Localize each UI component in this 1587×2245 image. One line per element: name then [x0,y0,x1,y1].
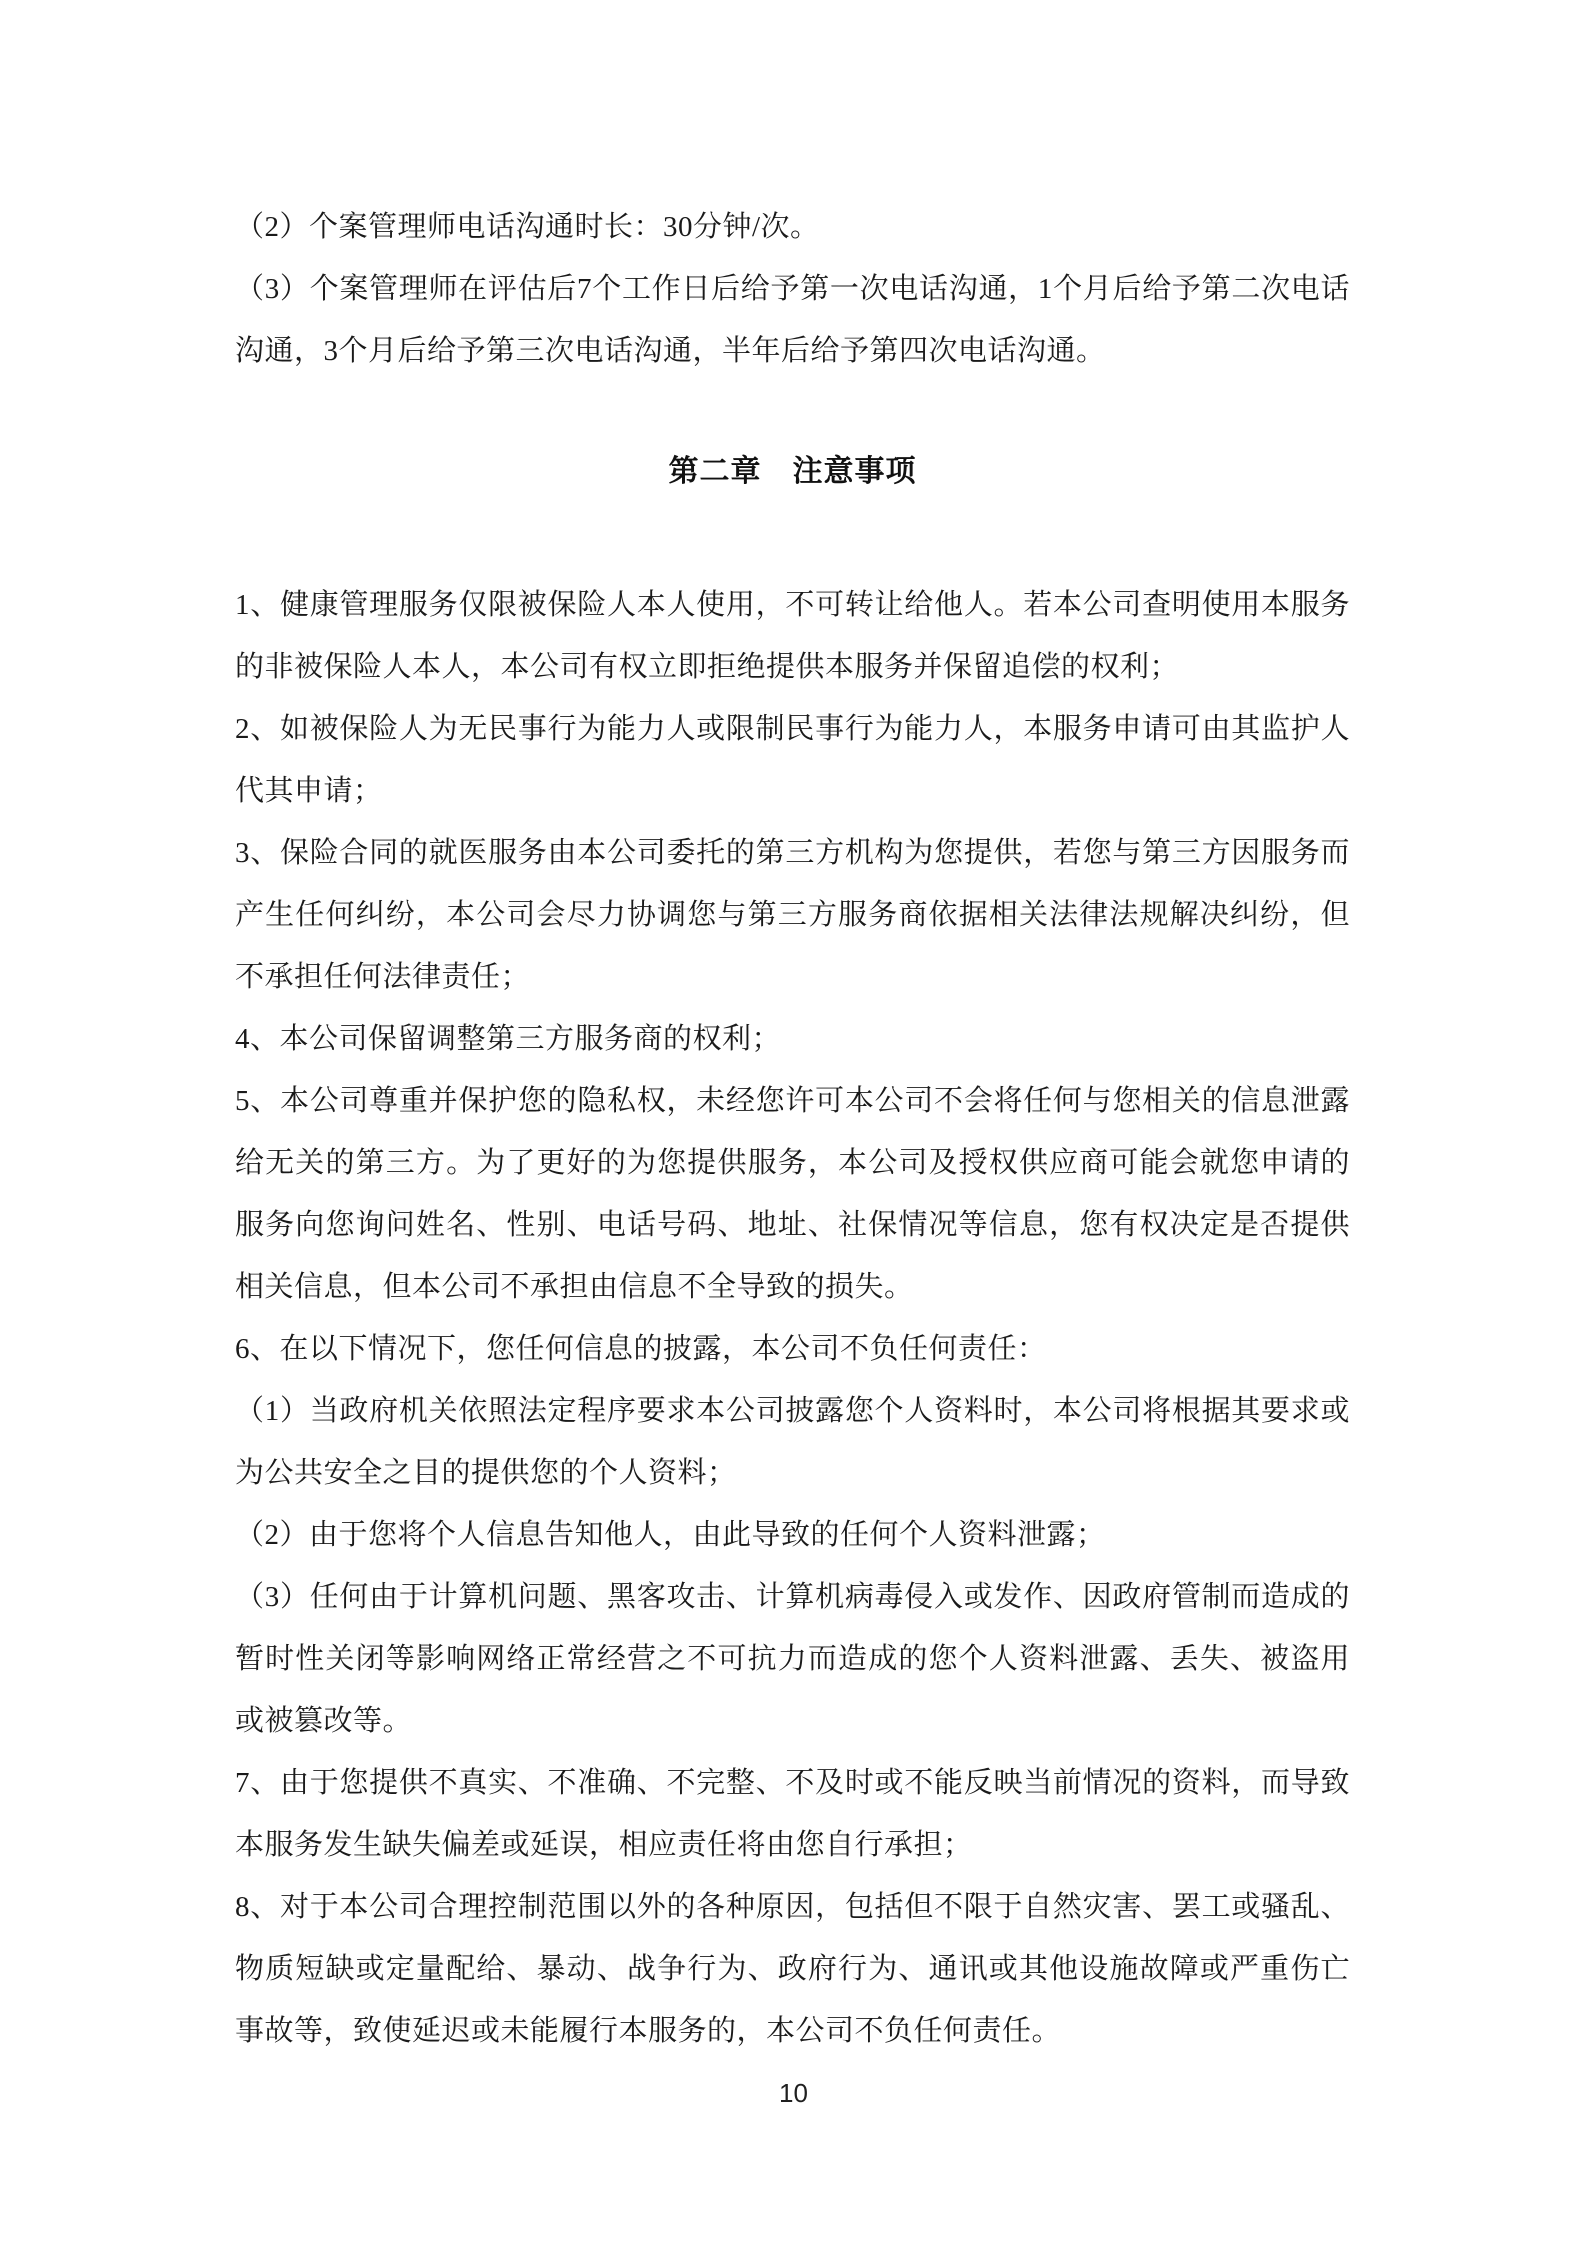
note-paragraph-8: 8、对于本公司合理控制范围以外的各种原因，包括但不限于自然灾害、罢工或骚乱、物质… [235,1876,1350,2062]
note-paragraph-5: 5、本公司尊重并保护您的隐私权，未经您许可本公司不会将任何与您相关的信息泄露给无… [235,1070,1350,1318]
note-6-subitem-3: （3）任何由于计算机问题、黑客攻击、计算机病毒侵入或发作、因政府管制而造成的暂时… [235,1566,1350,1752]
note-6-subitem-1: （1）当政府机关依照法定程序要求本公司披露您个人资料时，本公司将根据其要求或为公… [235,1380,1350,1504]
note-paragraph-6: 6、在以下情况下，您任何信息的披露，本公司不负任何责任： [235,1318,1350,1380]
note-paragraph-4: 4、本公司保留调整第三方服务商的权利； [235,1008,1350,1070]
page-number: 10 [0,2078,1587,2109]
note-paragraph-3: 3、保险合同的就医服务由本公司委托的第三方机构为您提供，若您与第三方因服务而产生… [235,822,1350,1008]
note-6-subitem-2: （2）由于您将个人信息告知他人，由此导致的任何个人资料泄露； [235,1504,1350,1566]
note-paragraph-7: 7、由于您提供不真实、不准确、不完整、不及时或不能反映当前情况的资料，而导致本服… [235,1752,1350,1876]
chapter-heading: 第二章 注意事项 [235,441,1350,503]
intro-paragraph-3: （3）个案管理师在评估后7个工作日后给予第一次电话沟通，1个月后给予第二次电话沟… [235,258,1350,382]
note-paragraph-2: 2、如被保险人为无民事行为能力人或限制民事行为能力人，本服务申请可由其监护人代其… [235,698,1350,822]
intro-paragraph-2: （2）个案管理师电话沟通时长：30分钟/次。 [235,196,1350,258]
document-page: （2）个案管理师电话沟通时长：30分钟/次。 （3）个案管理师在评估后7个工作日… [0,0,1587,2245]
note-paragraph-1: 1、健康管理服务仅限被保险人本人使用，不可转让给他人。若本公司查明使用本服务的非… [235,574,1350,698]
